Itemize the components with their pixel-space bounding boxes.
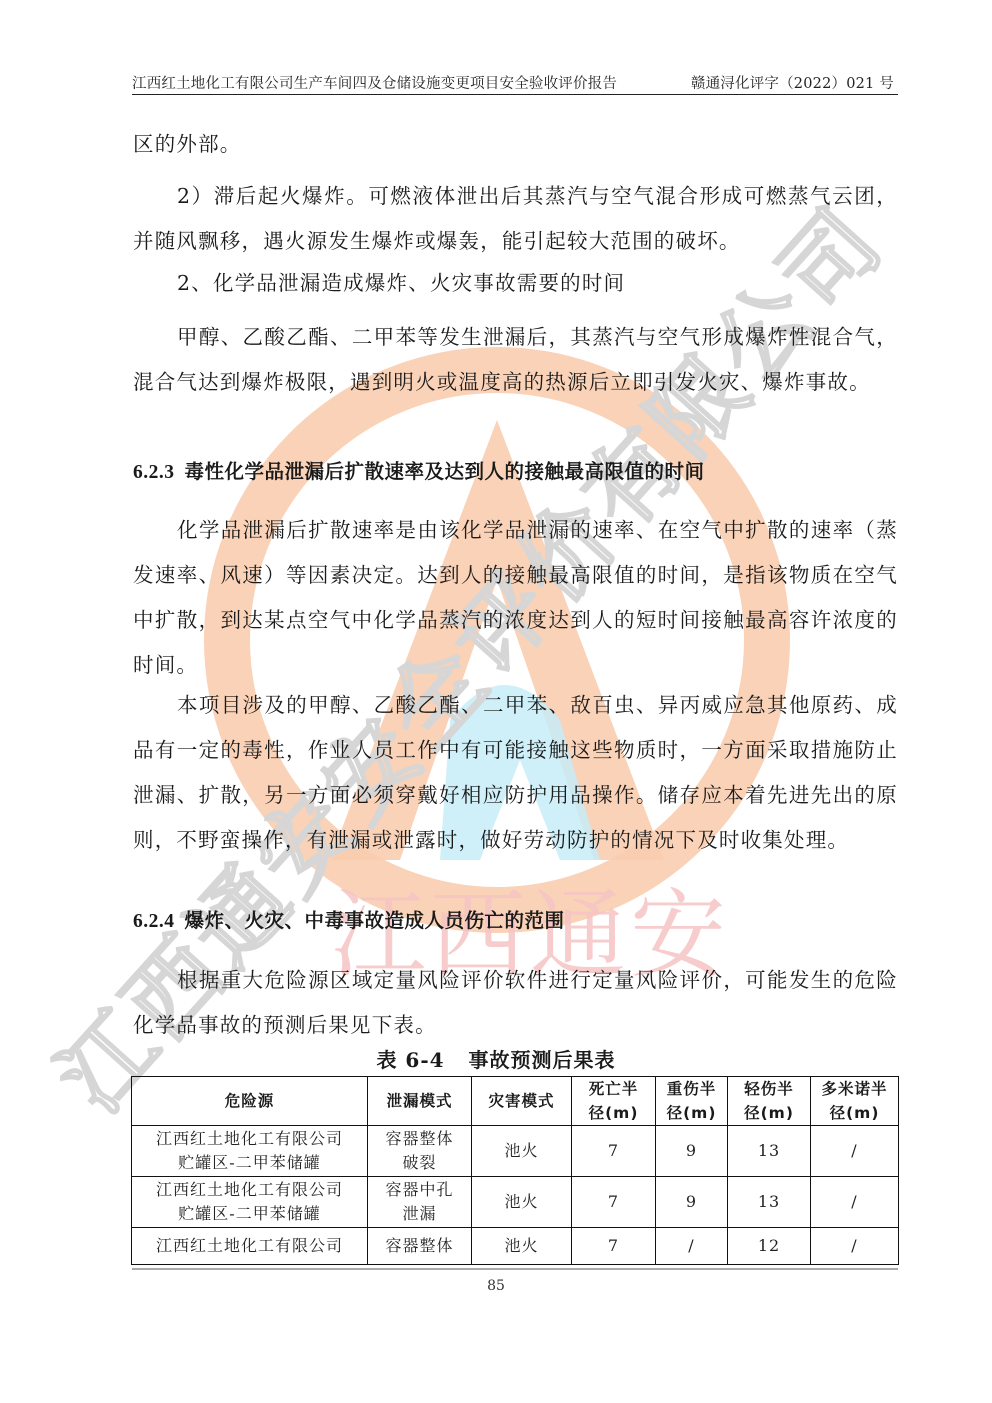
section-title: 爆炸、火灾、中毒事故造成人员伤亡的范围: [185, 909, 565, 932]
cell-domino-radius: /: [811, 1177, 899, 1228]
section-title: 毒性化学品泄漏后扩散速率及达到人的接触最高限值的时间: [185, 460, 705, 483]
header-hazard-source: 危险源: [132, 1077, 368, 1126]
cell-death-radius: 7: [572, 1177, 656, 1228]
paragraph: 区的外部。: [133, 122, 898, 167]
table-caption: 表 6-4事故预测后果表: [0, 1044, 992, 1073]
cell-death-radius: 7: [572, 1126, 656, 1177]
cell-death-radius: 7: [572, 1228, 656, 1265]
report-title: 江西红土地化工有限公司生产车间四及仓储设施变更项目安全验收评价报告: [132, 72, 617, 93]
section-number: 6.2.3: [133, 462, 175, 483]
cell-leak-mode: 容器中孔泄漏: [368, 1177, 472, 1228]
cell-minor-injury-radius: 13: [728, 1126, 811, 1177]
paragraph: 化学品泄漏后扩散速率是由该化学品泄漏的速率、在空气中扩散的速率（蒸发速率、风速）…: [133, 508, 898, 688]
section-heading-6-2-4: 6.2.4爆炸、火灾、中毒事故造成人员伤亡的范围: [133, 905, 565, 933]
page-number: 85: [0, 1278, 992, 1294]
cell-serious-injury-radius: /: [656, 1228, 728, 1265]
paragraph: 根据重大危险源区域定量风险评价软件进行定量风险评价，可能发生的危险化学品事故的预…: [133, 958, 898, 1048]
cell-serious-injury-radius: 9: [656, 1177, 728, 1228]
cell-domino-radius: /: [811, 1228, 899, 1265]
cell-minor-injury-radius: 12: [728, 1228, 811, 1265]
table-header-row: 危险源 泄漏模式 灾害模式 死亡半径(m) 重伤半径(m) 轻伤半径(m) 多米…: [132, 1077, 899, 1126]
cell-hazard-source: 江西红土地化工有限公司贮罐区-二甲苯储罐: [132, 1126, 368, 1177]
cell-serious-injury-radius: 9: [656, 1126, 728, 1177]
header-leak-mode: 泄漏模式: [368, 1077, 472, 1126]
table-row: 江西红土地化工有限公司贮罐区-二甲苯储罐 容器中孔泄漏 池火 7 9 13 /: [132, 1177, 899, 1228]
paragraph: 2）滞后起火爆炸。可燃液体泄出后其蒸汽与空气混合形成可燃蒸气云团，并随风飘移，遇…: [133, 174, 898, 264]
cell-domino-radius: /: [811, 1126, 899, 1177]
page-header: 江西红土地化工有限公司生产车间四及仓储设施变更项目安全验收评价报告 赣通浔化评字…: [132, 70, 898, 95]
accident-consequence-table: 危险源 泄漏模式 灾害模式 死亡半径(m) 重伤半径(m) 轻伤半径(m) 多米…: [131, 1076, 899, 1265]
header-disaster-mode: 灾害模式: [472, 1077, 572, 1126]
document-page: 江西红土地化工有限公司生产车间四及仓储设施变更项目安全验收评价报告 赣通浔化评字…: [0, 0, 992, 1403]
header-minor-injury-radius: 轻伤半径(m): [728, 1077, 811, 1126]
cell-hazard-source: 江西红土地化工有限公司贮罐区-二甲苯储罐: [132, 1177, 368, 1228]
document-number: 赣通浔化评字（2022）021 号: [691, 72, 894, 93]
cell-leak-mode: 容器整体破裂: [368, 1126, 472, 1177]
section-number: 6.2.4: [133, 911, 175, 932]
table-number: 表 6-4: [376, 1048, 444, 1072]
cell-disaster-mode: 池火: [472, 1177, 572, 1228]
paragraph: 本项目涉及的甲醇、乙酸乙酯、二甲苯、敌百虫、异丙威应急其他原药、成品有一定的毒性…: [133, 683, 898, 863]
table-row: 江西红土地化工有限公司贮罐区-二甲苯储罐 容器整体破裂 池火 7 9 13 /: [132, 1126, 899, 1177]
section-heading-6-2-3: 6.2.3毒性化学品泄漏后扩散速率及达到人的接触最高限值的时间: [133, 456, 705, 484]
cell-hazard-source: 江西红土地化工有限公司: [132, 1228, 368, 1265]
header-death-radius: 死亡半径(m): [572, 1077, 656, 1126]
header-domino-radius: 多米诺半径(m): [811, 1077, 899, 1126]
header-serious-injury-radius: 重伤半径(m): [656, 1077, 728, 1126]
cell-disaster-mode: 池火: [472, 1126, 572, 1177]
table-title: 事故预测后果表: [469, 1048, 616, 1072]
cell-minor-injury-radius: 13: [728, 1177, 811, 1228]
footer-divider: [132, 1268, 898, 1270]
paragraph: 2、化学品泄漏造成爆炸、火灾事故需要的时间: [133, 261, 898, 306]
paragraph: 甲醇、乙酸乙酯、二甲苯等发生泄漏后，其蒸汽与空气形成爆炸性混合气，混合气达到爆炸…: [133, 315, 898, 405]
cell-disaster-mode: 池火: [472, 1228, 572, 1265]
cell-leak-mode: 容器整体: [368, 1228, 472, 1265]
table-row: 江西红土地化工有限公司 容器整体 池火 7 / 12 /: [132, 1228, 899, 1265]
